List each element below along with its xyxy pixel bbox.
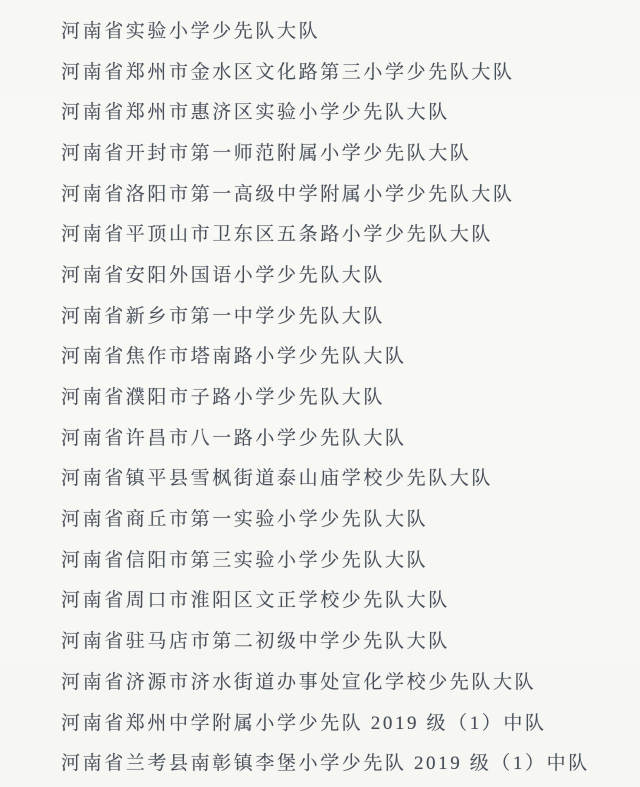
list-item: 河南省郑州市惠济区实验小学少先队大队 <box>61 90 620 131</box>
list-item: 河南省实验小学少先队大队 <box>61 9 620 50</box>
list-item: 河南省济源市济水街道办事处宣化学校少先队大队 <box>61 660 620 701</box>
list-item: 河南省平顶山市卫东区五条路小学少先队大队 <box>61 212 620 253</box>
list-item: 河南省驻马店市第二初级中学少先队大队 <box>61 619 620 660</box>
list-item: 河南省安阳外国语小学少先队大队 <box>61 253 620 294</box>
document-page: 河南省实验小学少先队大队 河南省郑州市金水区文化路第三小学少先队大队 河南省郑州… <box>0 0 640 787</box>
list-item: 河南省镇平县雪枫街道泰山庙学校少先队大队 <box>61 457 620 498</box>
list-item: 河南省洛阳市第一高级中学附属小学少先队大队 <box>61 172 620 213</box>
list-item: 河南省许昌市八一路小学少先队大队 <box>61 416 620 457</box>
list-item: 河南省郑州中学附属小学少先队 2019 级（1）中队 <box>61 701 620 742</box>
list-item: 河南省周口市淮阳区文正学校少先队大队 <box>61 579 620 620</box>
list-item: 河南省商丘市第一实验小学少先队大队 <box>61 497 620 538</box>
list-item: 河南省开封市第一师范附属小学少先队大队 <box>61 131 620 172</box>
list-item: 河南省信阳市第三实验小学少先队大队 <box>61 538 620 579</box>
list-item: 河南省新乡市第一中学少先队大队 <box>61 294 620 335</box>
list-item: 河南省郑州市金水区文化路第三小学少先队大队 <box>61 50 620 91</box>
list-item: 河南省焦作市塔南路小学少先队大队 <box>61 335 620 376</box>
list-item: 河南省兰考县南彰镇李堡小学少先队 2019 级（1）中队 <box>61 741 620 782</box>
list-item: 河南省濮阳市子路小学少先队大队 <box>61 375 620 416</box>
